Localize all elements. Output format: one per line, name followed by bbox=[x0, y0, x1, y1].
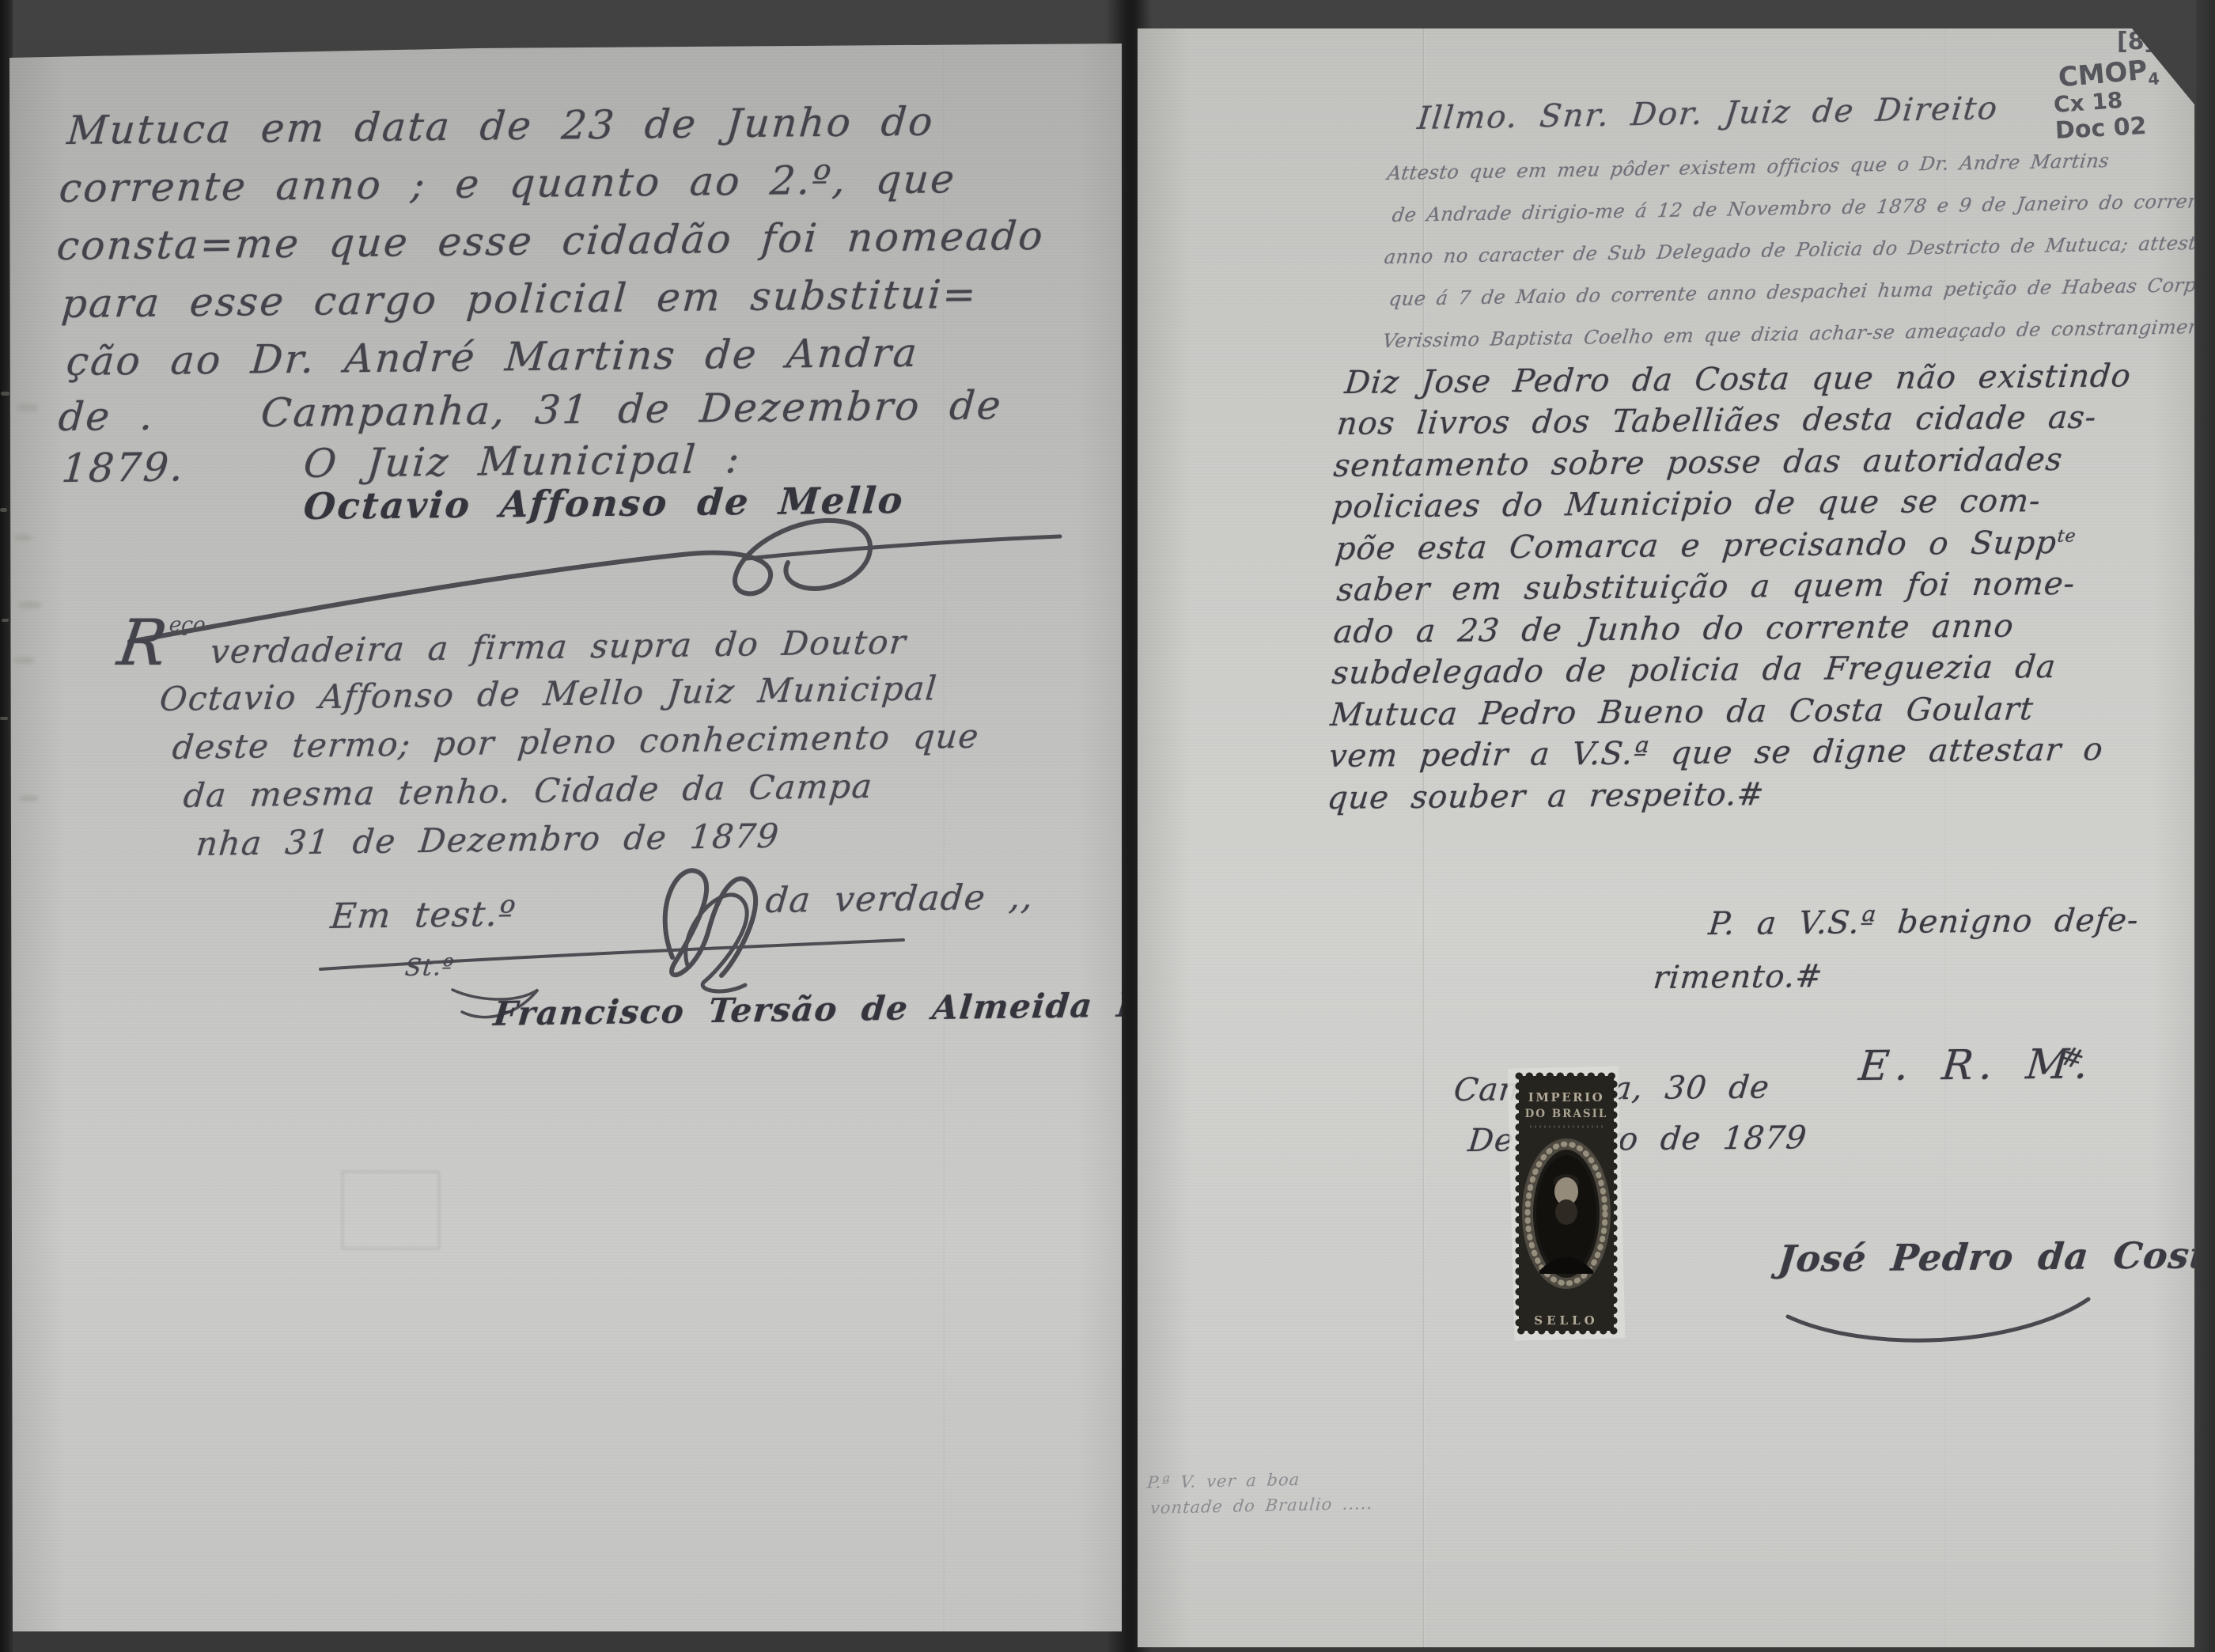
archival-doc-mark: Doc 02 bbox=[2054, 115, 2147, 143]
manuscript-line: para esse cargo policial em substitui= bbox=[60, 275, 979, 324]
attest-prefix: Em test.º bbox=[329, 897, 517, 934]
archival-box-mark: Cx 18 bbox=[2053, 89, 2123, 116]
petition-line: vem pedir a V.S.ª que se digne attestar … bbox=[1327, 733, 2105, 772]
request-line: P. a V.S.ª benigno defe- bbox=[1707, 904, 2140, 940]
scan-artifact bbox=[2, 619, 9, 622]
petition-line: ado a 23 de Junho do corrente anno bbox=[1332, 611, 2016, 648]
right-page: [8] CMOP4 Cx 18 Doc 02 Illmo. Snr. Dor. … bbox=[1138, 28, 2194, 1647]
petition-line: saber em substituição a quem foi nome- bbox=[1335, 568, 2077, 606]
stamp-header-2: DO BRASIL bbox=[1525, 1108, 1608, 1120]
paper-crease bbox=[1422, 28, 1426, 1647]
stamp-header-1: IMPERIO bbox=[1528, 1090, 1604, 1104]
stamp-footer: SELLO bbox=[1534, 1313, 1598, 1328]
attestation-line: que á 7 de Maio do corrente anno despach… bbox=[1388, 275, 2215, 309]
revenue-stamp: IMPERIO DO BRASIL SELLO bbox=[1508, 1063, 1625, 1343]
document-scan: Mutuca em data de 23 de Junho do corrent… bbox=[0, 0, 2215, 1652]
petition-line: Mutuca Pedro Bueno da Costa Goulart bbox=[1329, 693, 2035, 731]
petition-line: policiaes do Municipio de que se com- bbox=[1331, 485, 2043, 523]
portrait-beard bbox=[1555, 1199, 1577, 1225]
request-line: rimento.# bbox=[1652, 961, 1824, 994]
attestation-line: Verissimo Baptista Coelho em que dizia a… bbox=[1382, 316, 2215, 350]
petition-line-text: põe esta Comarca e precisando o Supp bbox=[1334, 525, 2058, 567]
recognition-line: Octavio Affonso de Mello Juiz Municipal bbox=[158, 672, 939, 716]
ink-flourishes-right bbox=[1138, 28, 2194, 1647]
recognition-line: da mesma tenho. Cidade da Campa bbox=[182, 770, 874, 813]
manuscript-line: consta=me que esse cidadão foi nomeado bbox=[55, 216, 1046, 266]
scan-edge-right bbox=[2196, 0, 2215, 1652]
pencil-note-line: vontade do Braulio ..... bbox=[1149, 1495, 1373, 1517]
notary-signature: Francisco Tersão de Almeida Prant bbox=[492, 987, 1228, 1031]
notary-rubric-scribble bbox=[665, 870, 755, 976]
bleed-through-ghost bbox=[342, 1171, 440, 1249]
ink-bleed-mark bbox=[17, 601, 41, 608]
petition-line: Diz Jose Pedro da Costa que não existind… bbox=[1343, 360, 2133, 399]
octavio-signature: Octavio Affonso de Mello bbox=[302, 482, 906, 525]
scan-artifact bbox=[0, 717, 8, 720]
scan-artifact bbox=[0, 508, 7, 512]
signature-swash bbox=[1788, 1299, 2088, 1340]
manuscript-line: ção ao Dr. André Martins de Andra bbox=[65, 333, 920, 381]
recognition-line: deste termo; por pleno conhecimento que bbox=[171, 720, 981, 764]
petition-line: sentamento sobre posse das autoridades bbox=[1332, 444, 2064, 482]
petition-line: subdelegado de policia da Freguezia da bbox=[1331, 651, 2058, 689]
signature-flourish bbox=[130, 521, 870, 642]
recognition-line: nha 31 de Dezembro de 1879 bbox=[195, 820, 781, 861]
notary-rubric: St.º bbox=[404, 956, 456, 980]
petition-line: que souber a respeito.# bbox=[1326, 779, 1766, 814]
attest-suffix: da verdade ,, bbox=[764, 880, 1036, 919]
manuscript-line: de . bbox=[57, 396, 156, 437]
petition-line: nos livros dos Tabelliães desta cidade a… bbox=[1335, 402, 2098, 440]
ink-bleed-mark bbox=[16, 404, 38, 411]
manuscript-line: Mutuca em data de 23 de Junho do bbox=[66, 102, 936, 150]
signature-flourish-tail bbox=[747, 536, 1060, 559]
year-label: 1879. bbox=[60, 447, 187, 488]
fond-sub: 4 bbox=[2147, 68, 2160, 89]
recognition-initial-sup: eço bbox=[168, 615, 206, 635]
ink-bleed-mark bbox=[14, 534, 32, 541]
attestation-line: Attesto que em meu pôder existem officio… bbox=[1387, 151, 2111, 183]
archival-corner-number: [8] bbox=[2117, 30, 2155, 54]
dateline: Campanha, 31 de Dezembro de bbox=[259, 385, 1004, 433]
paper-crease bbox=[1944, 28, 1948, 1647]
ink-bleed-mark bbox=[13, 657, 34, 664]
petition-sup: te bbox=[2057, 527, 2077, 547]
recognition-line: verdadeira a firma supra do Doutor bbox=[209, 626, 908, 669]
petition-line: põe esta Comarca e precisando o Suppte bbox=[1334, 527, 2077, 565]
title-line: O Juiz Municipal : bbox=[302, 439, 743, 483]
attestation-line: anno no caracter de Sub Delegado de Poli… bbox=[1384, 233, 2215, 267]
ink-bleed-mark bbox=[19, 795, 38, 801]
salutation: Illmo. Snr. Dor. Juiz de Direito bbox=[1416, 93, 2000, 135]
revenue-stamp-graphic: IMPERIO DO BRASIL SELLO bbox=[1508, 1063, 1625, 1343]
jose-pedro-signature: José Pedro da Costa bbox=[1777, 1237, 2215, 1277]
attestation-line: de Andrade dirigio-me á 12 de Novembro d… bbox=[1391, 191, 2215, 225]
scan-artifact bbox=[1, 392, 9, 396]
left-page: Mutuca em data de 23 de Junho do corrent… bbox=[9, 44, 1122, 1631]
recognition-initial: R bbox=[114, 612, 170, 675]
pencil-note-line: P.ª V. ver a boa bbox=[1146, 1472, 1301, 1491]
notary-rubric-scribble bbox=[686, 895, 747, 991]
manuscript-line: corrente anno ; e quanto ao 2.º, que bbox=[58, 159, 957, 208]
